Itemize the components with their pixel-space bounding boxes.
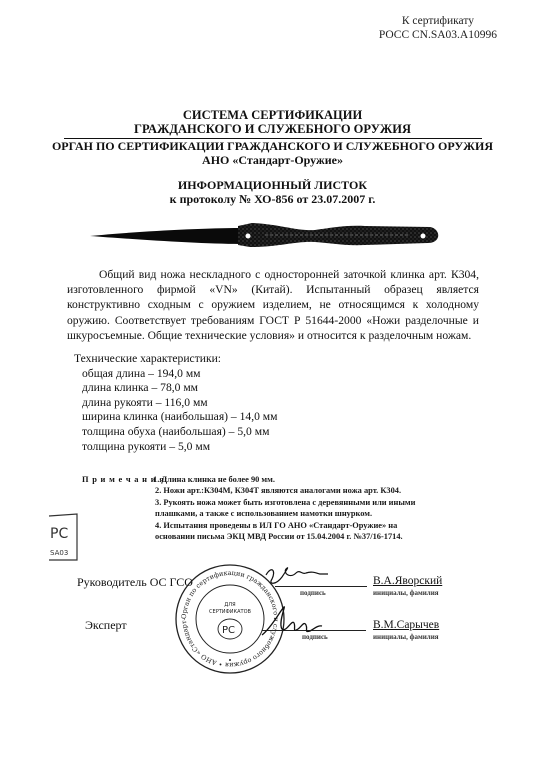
spec-item: длина клинка – 78,0 мм: [74, 381, 277, 396]
head-name-caption: инициалы, фамилия: [373, 589, 439, 597]
svg-text:SA03: SA03: [50, 549, 68, 557]
note-item: 1. Длина клинка не более 90 мм.: [153, 474, 435, 485]
reference-line-2: РОСС CN.SA03.A10996: [379, 28, 497, 42]
certificate-reference: К сертификату РОСС CN.SA03.A10996: [379, 14, 497, 42]
certification-body-line-1: ОРГАН ПО СЕРТИФИКАЦИИ ГРАЖДАНСКОГО И СЛУ…: [0, 139, 545, 154]
gost-conformity-mark-icon: PC SA03: [47, 512, 79, 562]
svg-text:PC: PC: [222, 625, 235, 636]
note-item: 4. Испытания проведены в ИЛ ГО АНО «Стан…: [155, 520, 435, 543]
spec-item: длина рукояти – 116,0 мм: [74, 396, 277, 411]
round-seal-stamp-icon: Орган по сертификации гражданского и слу…: [173, 562, 288, 677]
head-signature-line: [275, 586, 367, 587]
spec-item: толщина обуха (наибольшая) – 5,0 мм: [74, 425, 277, 440]
notes-list: 1. Длина клинка не более 90 мм. 2. Ножи …: [155, 474, 435, 542]
head-signature-caption: подпись: [300, 589, 326, 597]
svg-text:ДЛЯ: ДЛЯ: [224, 602, 235, 608]
description-text: Общий вид ножа нескладного с односторонн…: [67, 267, 479, 343]
spec-item: ширина клинка (наибольшая) – 14,0 мм: [74, 410, 277, 425]
expert-signature-caption: подпись: [302, 633, 328, 641]
document-title: ИНФОРМАЦИОННЫЙ ЛИСТОК: [0, 178, 545, 192]
head-name: В.А.Яворский: [373, 575, 442, 588]
expert-name: В.М.Сарычев: [373, 619, 439, 632]
expert-name-caption: инициалы, фамилия: [373, 633, 439, 641]
expert-role-label: Эксперт: [85, 618, 127, 632]
product-description: Общий вид ножа нескладного с односторонн…: [67, 267, 479, 343]
svg-text:PC: PC: [50, 526, 68, 542]
document-subtitle: к протоколу № ХО-856 от 23.07.2007 г.: [0, 192, 545, 206]
spec-item: общая длина – 194,0 мм: [74, 367, 277, 382]
note-item: 2. Ножи арт.:К304М, К304Т являются анало…: [155, 485, 435, 496]
technical-specs: Технические характеристики: общая длина …: [74, 352, 277, 454]
certification-body-line-2: АНО «Стандарт-Оружие»: [0, 153, 545, 168]
system-title-line-1: СИСТЕМА СЕРТИФИКАЦИИ: [0, 108, 545, 123]
note-item: 3. Рукоять ножа может быть изготовлена с…: [155, 497, 435, 520]
system-title-line-2: ГРАЖДАНСКОГО И СЛУЖЕБНОГО ОРУЖИЯ: [0, 122, 545, 137]
specs-heading: Технические характеристики:: [74, 352, 277, 367]
knife-illustration: [90, 212, 440, 258]
spec-item: толщина рукояти – 5,0 мм: [74, 440, 277, 455]
svg-text:СЕРТИФИКАТОВ: СЕРТИФИКАТОВ: [209, 609, 251, 615]
reference-line-1: К сертификату: [379, 14, 497, 28]
